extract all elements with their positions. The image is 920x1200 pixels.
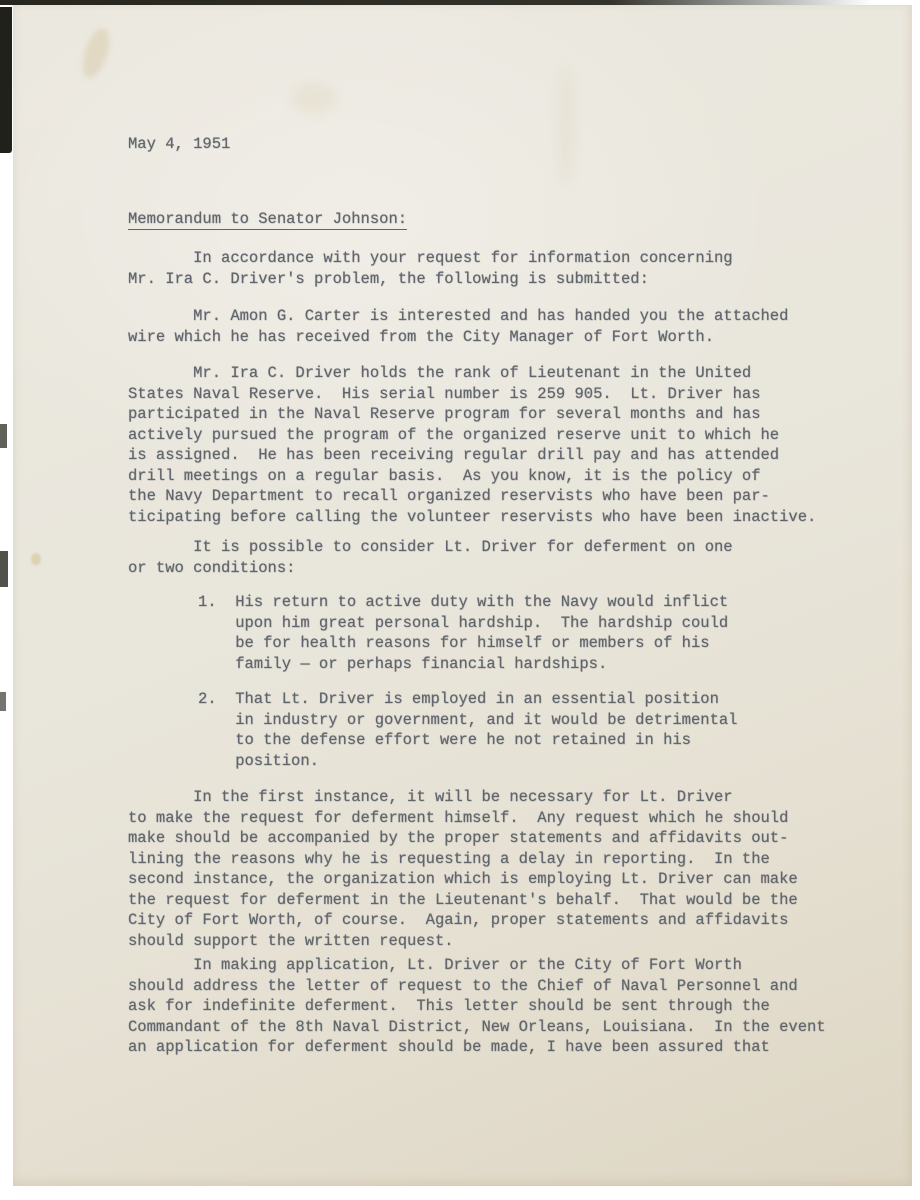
memo-date: May 4, 1951 [128,134,882,155]
paragraph-carter-wire: Mr. Amon G. Carter is interested and has… [128,306,882,347]
list-item-essential-position: 2. That Lt. Driver is employed in an ess… [198,689,882,771]
scanned-page: May 4, 1951 Memorandum to Senator Johnso… [0,0,920,1200]
memo-content: May 4, 1951 Memorandum to Senator Johnso… [13,5,912,1186]
memo-paper: May 4, 1951 Memorandum to Senator Johnso… [13,5,912,1186]
list-item-hardship: 1. His return to active duty with the Na… [198,592,882,674]
scan-edge-left-speck [0,424,7,448]
scan-edge-left-speck [0,551,8,587]
paragraph-deferment-conditions-intro: It is possible to consider Lt. Driver fo… [128,537,882,578]
memo-heading: Memorandum to Senator Johnson: [128,209,882,230]
paragraph-request-procedure: In the first instance, it will be necess… [128,787,882,951]
scan-edge-left [0,7,12,153]
memo-heading-text: Memorandum to Senator Johnson: [128,210,407,230]
scan-edge-left-speck [0,692,6,711]
paragraph-request-intro: In accordance with your request for info… [128,248,882,289]
paragraph-driver-service-record: Mr. Ira C. Driver holds the rank of Lieu… [128,363,882,527]
paragraph-application-instructions: In making application, Lt. Driver or the… [128,955,882,1058]
